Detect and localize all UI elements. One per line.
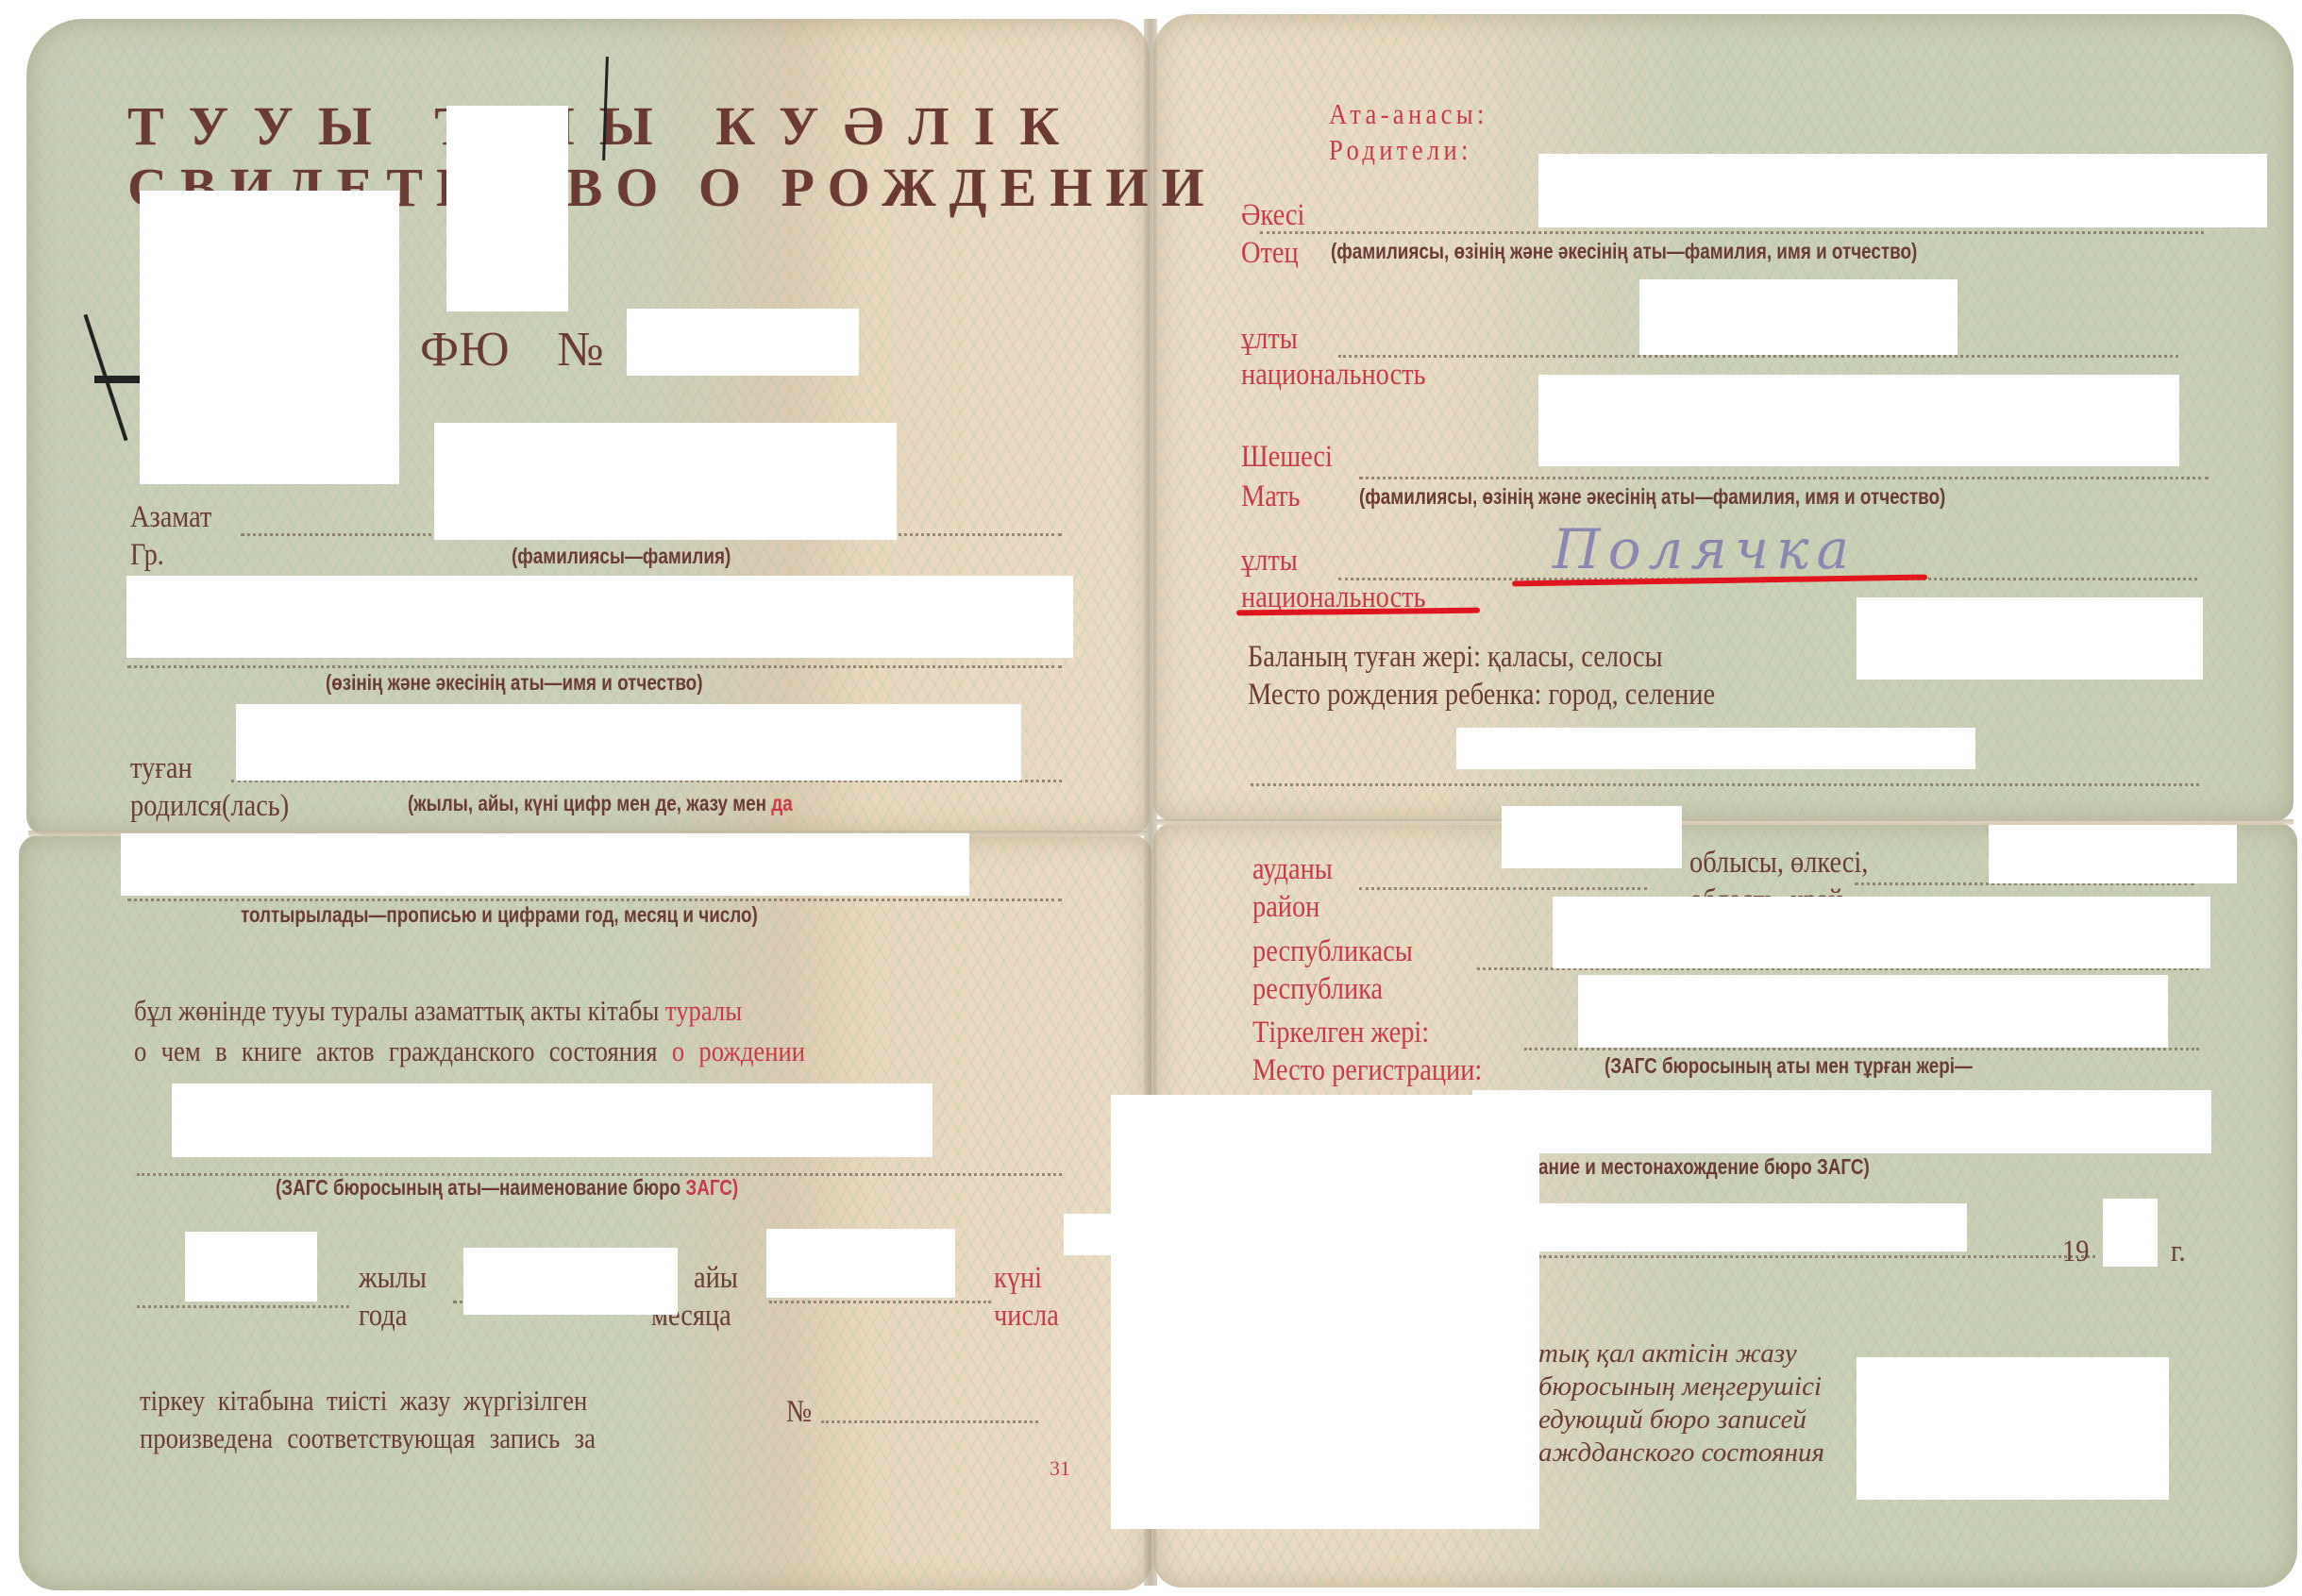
parents-label-ru: Родители:	[1329, 135, 1472, 164]
redaction-box	[121, 833, 969, 896]
nationality-label-ru-father: национальность	[1241, 360, 1426, 391]
redaction-box	[446, 106, 568, 311]
born-label-ru: родился(лась)	[130, 791, 289, 822]
citizen-label-kk: Азамат	[130, 502, 211, 533]
redaction-box	[126, 576, 1073, 658]
redaction-box	[766, 1229, 955, 1298]
zags-hint: (ЗАГС бюросының аты—наименование бюро ЗА…	[276, 1177, 738, 1199]
redaction-box	[1989, 825, 2237, 883]
redaction-box	[1538, 154, 2267, 227]
year-label-kk: жылы	[359, 1263, 427, 1294]
date-prefix: 19	[2062, 1236, 2089, 1268]
redaction-box	[1639, 279, 1958, 355]
entry-number-sign: №	[786, 1397, 812, 1428]
record-kk-red: туралы	[665, 994, 742, 1027]
name-hint: (өзінің және әкесінің аты—имя и отчество…	[326, 672, 702, 694]
born-label-kk: туған	[130, 753, 193, 784]
mother-nationality-value: Полячка	[1553, 517, 1857, 581]
redaction-box	[1857, 597, 2203, 680]
redaction-box	[1472, 1090, 2211, 1153]
redaction-box	[627, 309, 859, 376]
father-hint: (фамилиясы, өзінің және әкесінің аты—фам…	[1331, 241, 1917, 262]
birthplace-line-ru: Место рождения ребенка: город, селение	[1248, 680, 1715, 711]
redaction-box	[1502, 806, 1682, 868]
father-label-ru: Отец	[1241, 238, 1299, 269]
serial-label: ФЮ	[420, 326, 510, 375]
republic-label-kk: республикасы	[1252, 936, 1413, 967]
redaction-box	[172, 1084, 933, 1157]
head-title-kk-2: бюросының меңгерушісі	[1538, 1373, 1822, 1401]
redaction-box	[1538, 375, 2179, 466]
field-line-birthplace	[1251, 783, 2199, 786]
redaction-box	[1553, 897, 2210, 968]
redaction-box	[2103, 1199, 2158, 1267]
registration-label-ru: Место регистрации:	[1252, 1055, 1482, 1086]
nationality-label-kk-mother: ұлты	[1241, 546, 1298, 577]
redaction-box	[140, 191, 399, 484]
field-line-district	[1359, 887, 1647, 890]
zags-hint-text: (ЗАГС бюросының аты—наименование бюро	[276, 1175, 681, 1200]
district-label-kk: ауданы	[1252, 854, 1333, 885]
redaction-box	[1064, 1214, 1111, 1255]
record-ru-text: о чем в книге актов гражданского состоян…	[134, 1034, 658, 1067]
field-line-year	[137, 1305, 349, 1308]
redaction-box	[185, 1232, 317, 1302]
republic-label-ru: республика	[1252, 974, 1383, 1005]
registration-hint-1: (ЗАГС бюросының аты мен тұрған жері—	[1605, 1055, 1973, 1077]
field-line-father	[1260, 231, 2204, 234]
mother-hint: (фамилиясы, өзінің және әкесінің аты—фам…	[1359, 486, 1945, 508]
birthplace-line-kk: Баланың туған жері: қаласы, селосы	[1248, 642, 1663, 673]
redaction-box	[463, 1248, 678, 1315]
record-ru-red: о рождении	[672, 1034, 805, 1067]
redaction-box	[1456, 728, 1975, 769]
mother-label-ru: Мать	[1241, 481, 1300, 512]
page-number: 31	[1050, 1458, 1070, 1479]
left-page-bottom	[19, 835, 1151, 1590]
redaction-box	[434, 423, 897, 540]
entry-ru-line: произведена соответствующая запись за	[140, 1423, 596, 1453]
field-line-registration	[1524, 1048, 2199, 1050]
registration-hint-2: ание и местонахождение бюро ЗАГС)	[1538, 1156, 1870, 1178]
day-label-ru: числа	[994, 1301, 1059, 1332]
citizen-label-ru: Гр.	[130, 540, 164, 571]
field-line-father-nationality	[1338, 355, 2178, 358]
nationality-label-kk-father: ұлты	[1241, 324, 1298, 355]
redaction-box	[1857, 1357, 2169, 1500]
record-kk-text: бұл жөнінде тууы туралы азаматтық акты к…	[134, 994, 659, 1027]
parents-label-kk: Ата-анасы:	[1329, 99, 1488, 128]
field-line-mother	[1359, 477, 2209, 479]
month-label-kk: айы	[694, 1263, 738, 1294]
born-hint-2: толтырылады—прописью и цифрами год, меся…	[241, 904, 758, 926]
born-hint-red: да	[771, 791, 792, 815]
district-label-ru: район	[1252, 892, 1319, 923]
number-sign: №	[557, 326, 604, 375]
zags-hint-red: ЗАГС)	[685, 1175, 738, 1200]
father-label-kk: Әкесі	[1241, 200, 1304, 231]
field-line-issue-date	[1538, 1255, 2095, 1258]
region-label-kk: облысы, өлкесі,	[1689, 848, 1868, 879]
record-ru-line: о чем в книге актов гражданского состоян…	[134, 1036, 805, 1066]
day-label-kk: күні	[994, 1263, 1042, 1294]
redaction-box	[1578, 975, 2168, 1048]
head-title-ru-2: аждданского состояния	[1538, 1439, 1824, 1467]
mother-label-kk: Шешесі	[1241, 442, 1333, 473]
redaction-box	[236, 704, 1021, 781]
field-line-date	[127, 899, 1062, 901]
field-line-day	[769, 1301, 991, 1303]
registration-label-kk: Тіркелген жері:	[1252, 1017, 1429, 1049]
date-suffix: г.	[2171, 1236, 2186, 1268]
record-kk-line: бұл жөнінде тууы туралы азаматтық акты к…	[134, 996, 742, 1025]
head-title-ru-1: едующий бюро записей	[1538, 1406, 1806, 1434]
surname-hint: (фамилиясы—фамилия)	[512, 546, 731, 567]
year-label-ru: года	[359, 1301, 407, 1332]
field-line-entry-number	[821, 1420, 1038, 1423]
born-hint-1: (жылы, айы, күні цифр мен де, жазу мен д…	[408, 793, 793, 815]
redaction-box	[1539, 1203, 1967, 1252]
field-line-name	[127, 665, 1062, 668]
redaction-box	[1111, 1095, 1539, 1529]
born-hint-text: (жылы, айы, күні цифр мен де, жазу мен	[408, 791, 766, 815]
entry-kk-line: тіркеу кітабына тиісті жазу жүргізілген	[140, 1386, 587, 1415]
head-title-kk-1: тық қал актісін жазу	[1538, 1340, 1797, 1368]
